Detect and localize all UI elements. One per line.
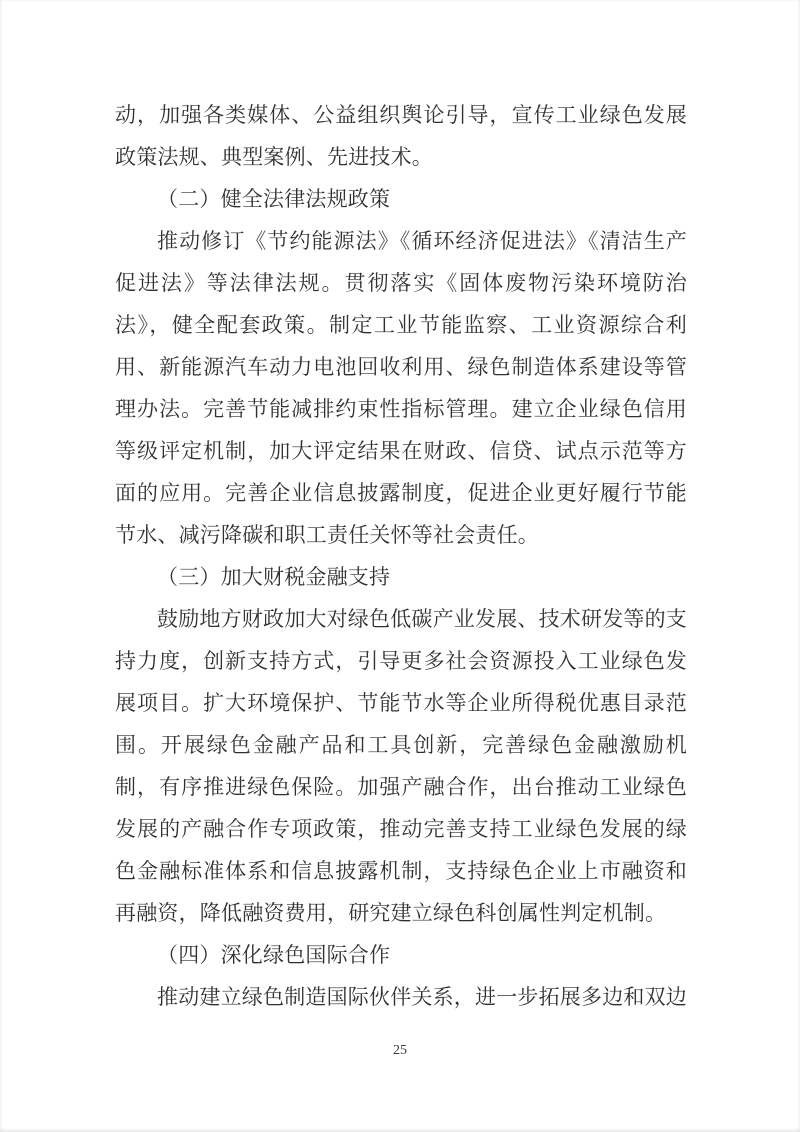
section-heading: （三）加大财税金融支持 [115, 556, 687, 598]
body-paragraph: 动，加强各类媒体、公益组织舆论引导，宣传工业绿色发展政策法规、典型案例、先进技术… [115, 94, 687, 178]
section-heading: （四）深化绿色国际合作 [115, 934, 687, 976]
document-page: 动，加强各类媒体、公益组织舆论引导，宣传工业绿色发展政策法规、典型案例、先进技术… [0, 0, 800, 1132]
section-heading: （二）健全法律法规政策 [115, 178, 687, 220]
document-content: 动，加强各类媒体、公益组织舆论引导，宣传工业绿色发展政策法规、典型案例、先进技术… [115, 94, 687, 1018]
body-paragraph: 推动建立绿色制造国际伙伴关系，进一步拓展多边和双边 [115, 976, 687, 1018]
page-number: 25 [0, 1042, 800, 1060]
body-paragraph: 鼓励地方财政加大对绿色低碳产业发展、技术研发等的支持力度，创新支持方式，引导更多… [115, 598, 687, 934]
body-paragraph: 推动修订《节约能源法》《循环经济促进法》《清洁生产促进法》等法律法规。贯彻落实《… [115, 220, 687, 556]
